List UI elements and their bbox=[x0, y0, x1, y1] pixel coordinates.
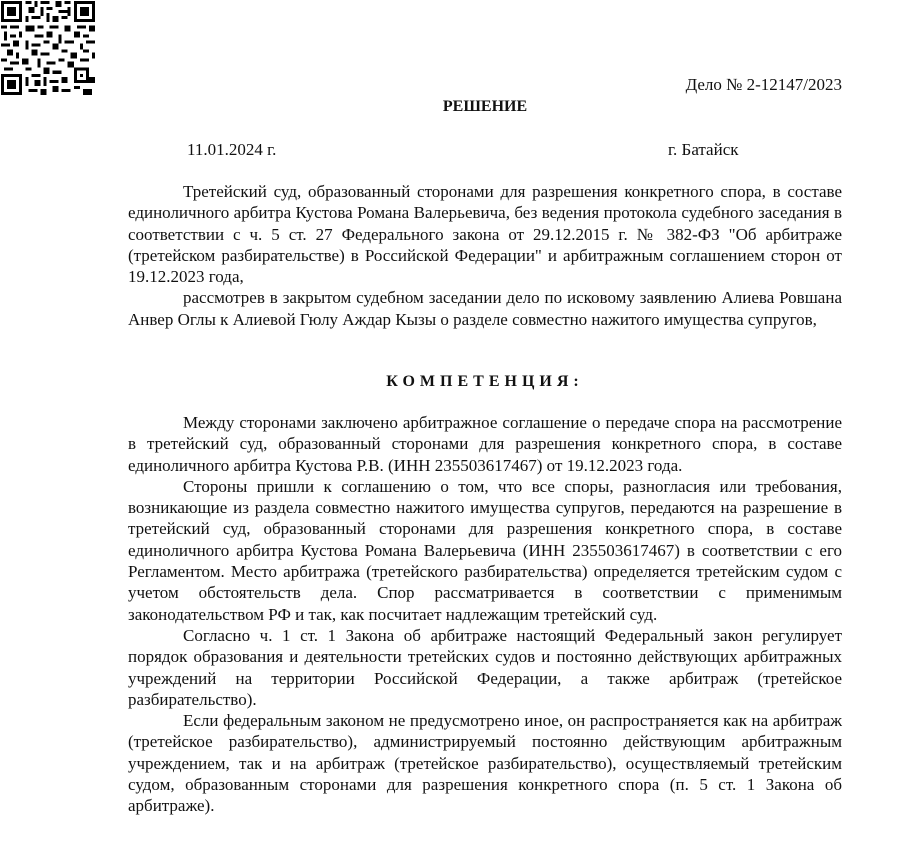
document-title: РЕШЕНИЕ bbox=[0, 97, 897, 117]
decision-date: 11.01.2024 г. bbox=[187, 140, 276, 160]
case-number: Дело № 2-12147/2023 bbox=[686, 75, 842, 95]
qr-code bbox=[1, 1, 95, 95]
competence-paragraph: Согласно ч. 1 ст. 1 Закона об арбитраже … bbox=[128, 625, 842, 710]
competence-paragraph: Если федеральным законом не предусмотрен… bbox=[128, 710, 842, 816]
competence-paragraph: Стороны пришли к соглашению о том, что в… bbox=[128, 476, 842, 625]
intro-section: Третейский суд, образованный сторонами д… bbox=[128, 181, 842, 330]
section-heading-competence: КОМПЕТЕНЦИЯ: bbox=[0, 372, 897, 392]
intro-paragraph: Третейский суд, образованный сторонами д… bbox=[128, 181, 842, 287]
qr-code-icon bbox=[1, 1, 95, 95]
competence-section: Между сторонами заключено арбитражное со… bbox=[128, 412, 842, 817]
decision-city: г. Батайск bbox=[668, 140, 739, 160]
competence-paragraph: Между сторонами заключено арбитражное со… bbox=[128, 412, 842, 476]
intro-paragraph: рассмотрев в закрытом судебном заседании… bbox=[128, 287, 842, 330]
